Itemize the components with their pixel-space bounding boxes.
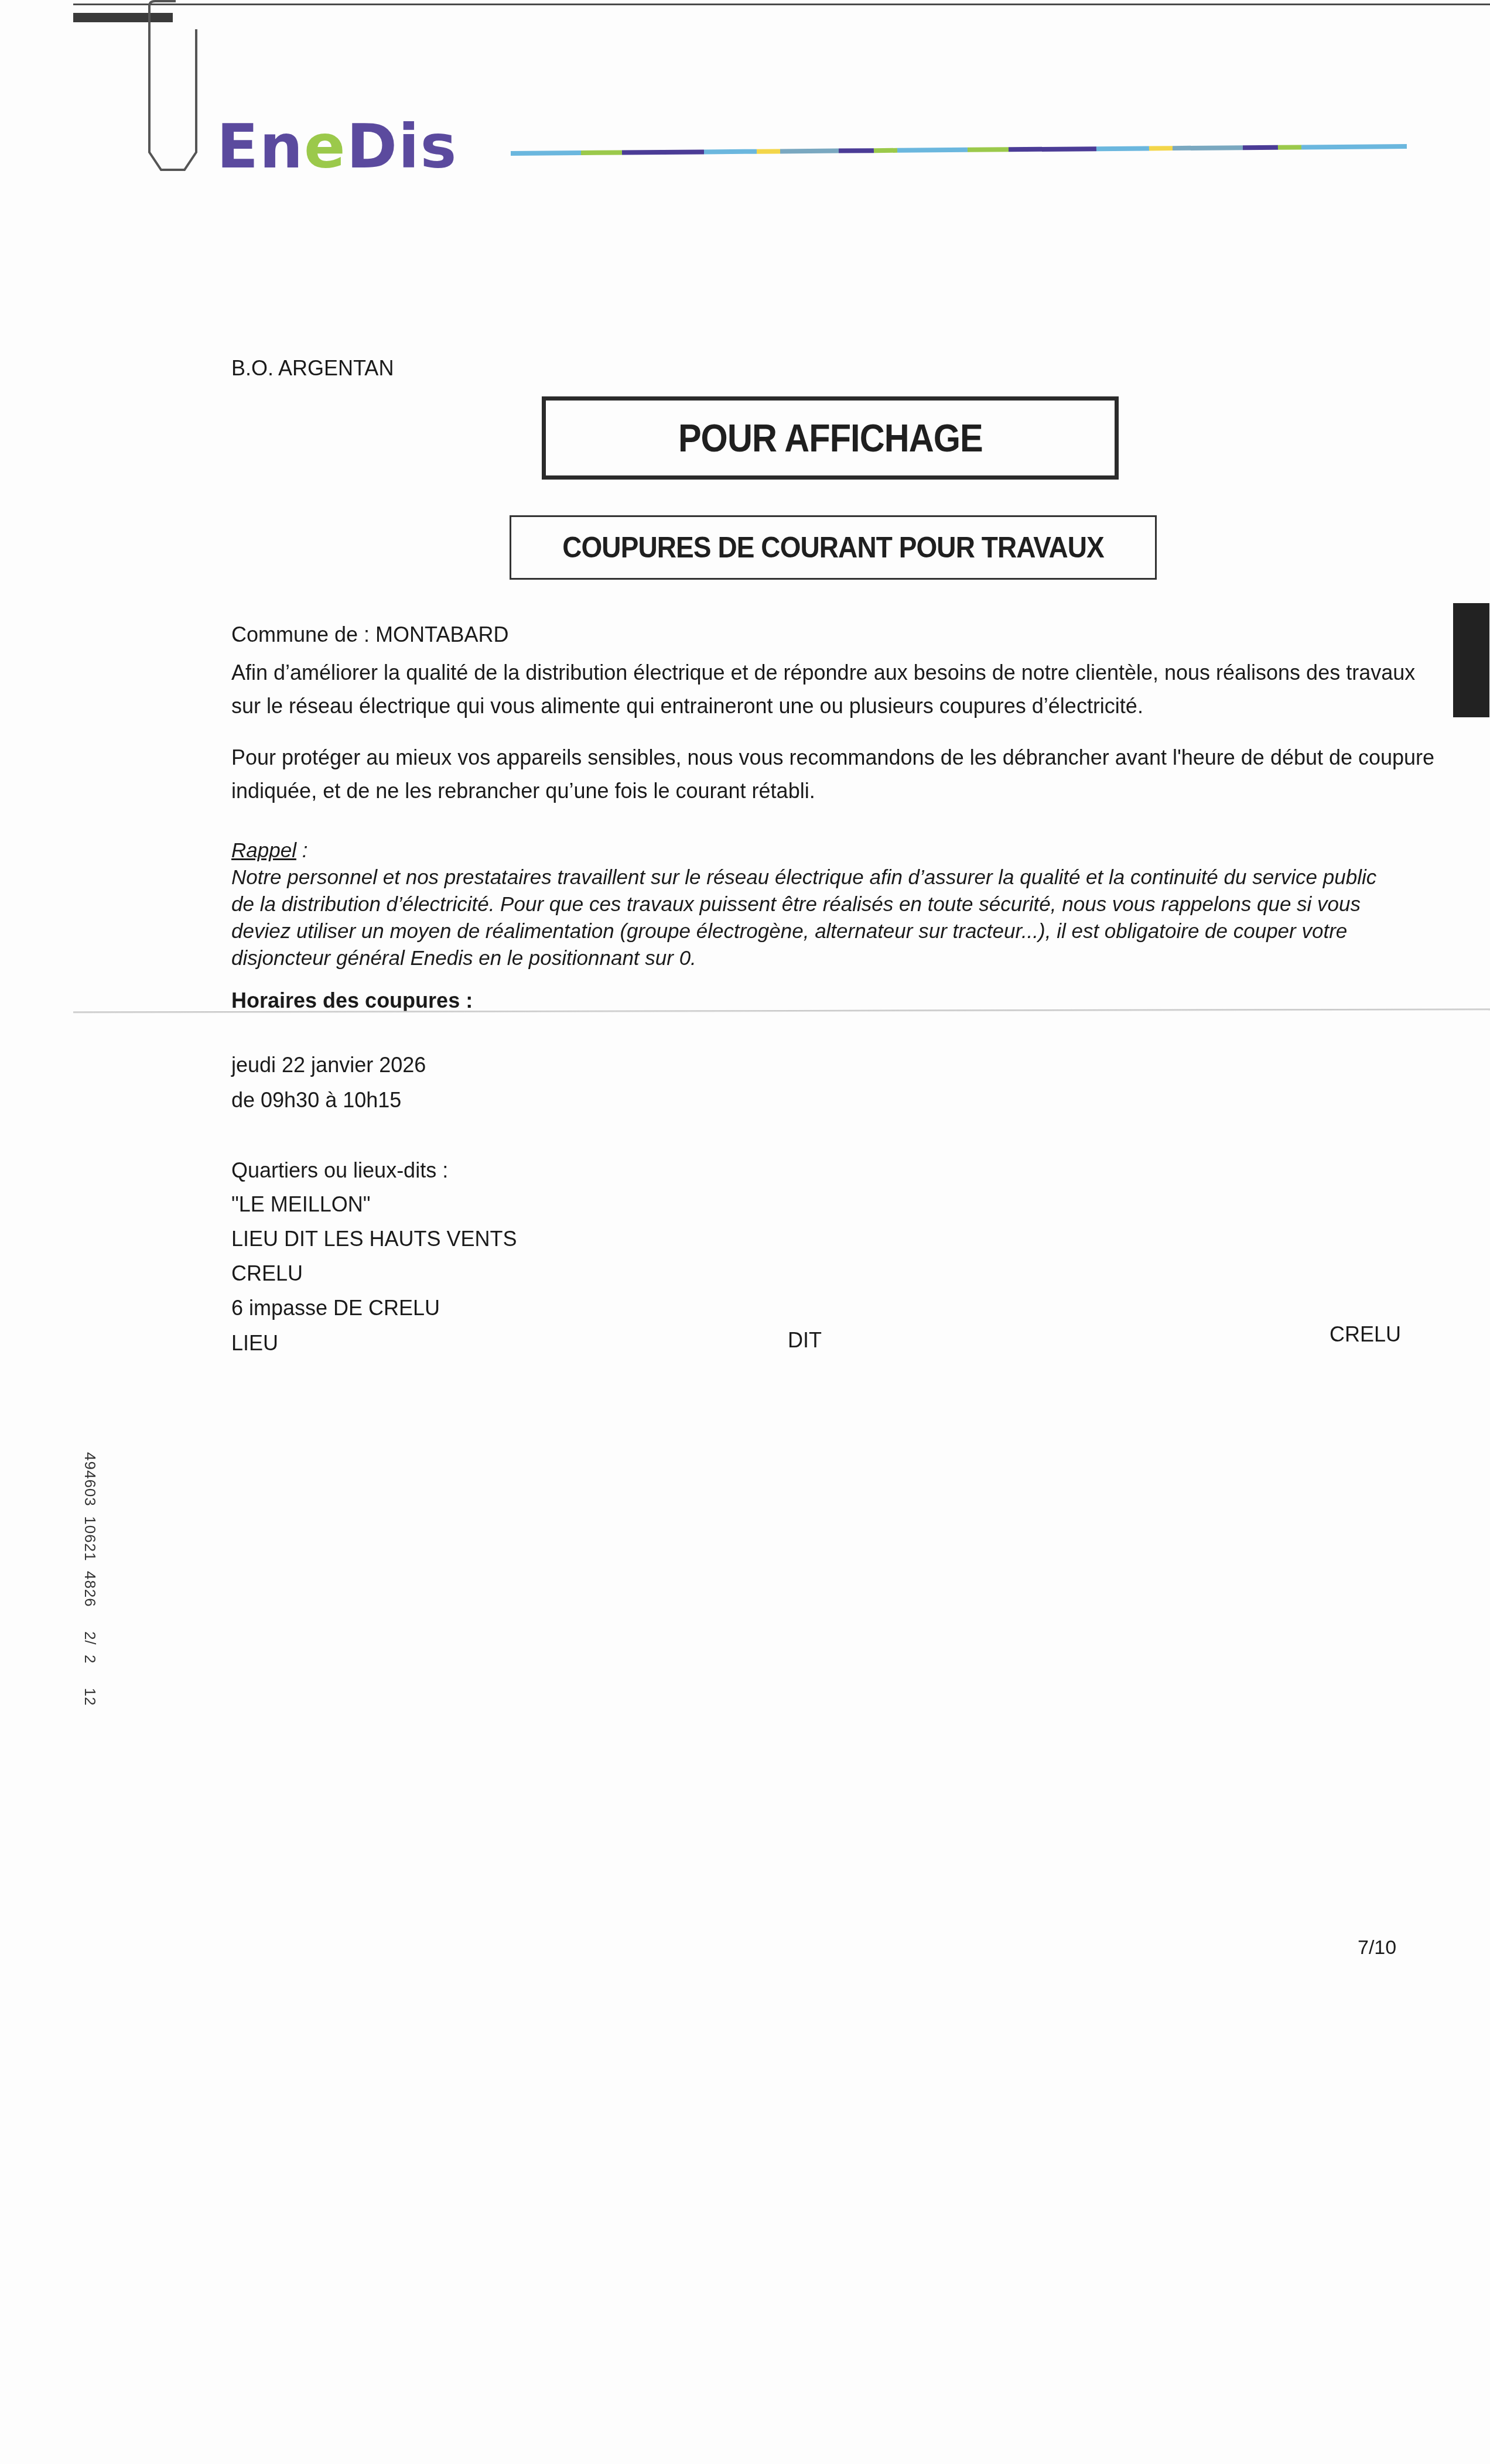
- location-fragment: CRELU: [1330, 1317, 1401, 1351]
- paperclip-icon: [141, 0, 205, 176]
- outage-hours: de 09h30 à 10h15: [231, 1083, 401, 1117]
- advice-line: Pour protéger au mieux vos appareils sen…: [231, 741, 1434, 774]
- stripe-segment: [581, 150, 622, 156]
- subtitle-box: COUPURES DE COURANT POUR TRAVAUX: [510, 515, 1157, 580]
- location-item: CRELU: [231, 1257, 303, 1290]
- intro-paragraph: Afin d’améliorer la qualité de la distri…: [231, 656, 1415, 723]
- location-item: LIEU DIT LES HAUTS VENTS: [231, 1222, 517, 1255]
- title-box: POUR AFFICHAGE: [542, 396, 1119, 480]
- stripe-segment: [511, 150, 581, 156]
- location-fragment: DIT: [788, 1323, 822, 1357]
- intro-line: sur le réseau électrique qui vous alimen…: [231, 689, 1415, 723]
- stripe-segment: [874, 148, 897, 153]
- reminder-line: Notre personnel et nos prestataires trav…: [231, 864, 1376, 891]
- stripe-segment: [704, 149, 757, 155]
- stripe-segment: [1096, 146, 1149, 151]
- stripe-segment: [1009, 146, 1096, 152]
- location-item: "LE MEILLON": [231, 1187, 371, 1221]
- stripe-segment: [897, 148, 968, 153]
- stripe-segment: [1243, 145, 1278, 150]
- advice-paragraph: Pour protéger au mieux vos appareils sen…: [231, 741, 1434, 807]
- stripe-segment: [1278, 145, 1301, 149]
- side-reference-code: 494603 10621 4826 2/ 2 12: [81, 1452, 99, 1706]
- brand-stripe: [511, 143, 1490, 156]
- reminder-line: disjoncteur général Enedis en le positio…: [231, 945, 1376, 972]
- datamatrix-code: [1453, 603, 1489, 717]
- page-number: 7/10: [1358, 1931, 1396, 1965]
- reminder-paragraph: Rappel : Notre personnel et nos prestata…: [231, 837, 1376, 972]
- stripe-segment: [1301, 144, 1407, 149]
- reminder-line: de la distribution d’électricité. Pour q…: [231, 891, 1376, 918]
- stripe-segment: [780, 149, 839, 154]
- location-item: 6 impasse DE CRELU: [231, 1291, 440, 1325]
- enedis-logo: EneDis: [217, 117, 458, 176]
- page-subtitle: COUPURES DE COURANT POUR TRAVAUX: [562, 531, 1104, 564]
- stripe-segment: [1149, 146, 1173, 150]
- commune-label: Commune de : MONTABARD: [231, 618, 508, 651]
- stripe-segment: [1173, 145, 1243, 150]
- stripe-segment: [757, 149, 780, 153]
- logo-part-en: En: [217, 117, 304, 176]
- locations-label: Quartiers ou lieux-dits :: [231, 1154, 448, 1187]
- stripe-segment: [622, 149, 704, 155]
- outage-date: jeudi 22 janvier 2026: [231, 1048, 426, 1082]
- advice-line: indiquée, et de ne les rebrancher qu’une…: [231, 774, 1434, 807]
- agency-name: B.O. ARGENTAN: [231, 351, 394, 385]
- reminder-label: Rappel: [231, 839, 296, 862]
- page-title: POUR AFFICHAGE: [678, 416, 983, 460]
- intro-line: Afin d’améliorer la qualité de la distri…: [231, 656, 1415, 689]
- logo-part-dis: Dis: [347, 117, 458, 176]
- page-top-edge: [73, 4, 1490, 5]
- stripe-segment: [839, 148, 874, 153]
- stripe-segment: [968, 147, 1009, 152]
- logo-part-e: e: [304, 117, 347, 176]
- location-item: LIEU: [231, 1326, 278, 1360]
- reminder-line: deviez utiliser un moyen de réalimentati…: [231, 918, 1376, 945]
